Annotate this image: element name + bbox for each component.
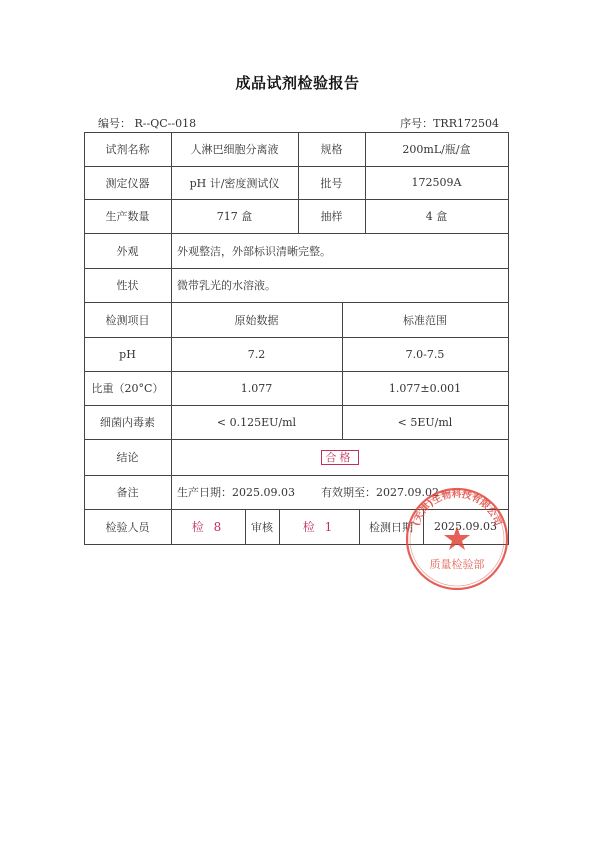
test-date-value: 2025.09.03 <box>423 509 508 544</box>
expiry-date: 有效期至：2027.09.02 <box>321 484 439 500</box>
reagent-name-value: 人淋巴细胞分离液 <box>171 132 298 166</box>
standard-range-header: 标准范围 <box>342 302 508 337</box>
quantity-value: 717 盒 <box>171 199 298 233</box>
test-standard-density: 1.077±0.001 <box>342 371 508 405</box>
quantity-label: 生产数量 <box>84 199 171 233</box>
serial-number-value: TRR172504 <box>433 117 499 130</box>
document-code-value: R--QC--018 <box>135 117 197 130</box>
table-border-right <box>508 132 509 545</box>
production-date: 生产日期：2025.09.03 <box>177 484 295 500</box>
property-value: 微带乳光的水溶液。 <box>171 268 508 302</box>
test-date-label: 检测日期 <box>359 509 423 544</box>
page-title: 成品试剂检验报告 <box>0 72 595 93</box>
appearance-value: 外观整洁，外部标识清晰完整。 <box>171 233 508 268</box>
spec-label: 规格 <box>298 132 365 166</box>
test-standard-endotoxin: < 5EU/ml <box>342 405 508 439</box>
spec-value: 200mL/瓶/盒 <box>365 132 508 166</box>
reviewer-signature: 检 1 <box>303 518 335 535</box>
test-raw-ph: 7.2 <box>171 337 342 371</box>
sample-value: 4 盒 <box>365 199 508 233</box>
table-border-bottom <box>84 544 509 545</box>
appearance-label: 外观 <box>84 233 171 268</box>
test-item-header: 检测项目 <box>84 302 171 337</box>
test-item-density: 比重（20°C） <box>84 371 171 405</box>
inspector-signature: 检 8 <box>192 518 224 535</box>
pass-stamp: 合格 <box>321 450 359 465</box>
batch-label: 批号 <box>298 166 365 199</box>
test-raw-endotoxin: < 0.125EU/ml <box>171 405 342 439</box>
reagent-name-label: 试剂名称 <box>84 132 171 166</box>
remarks-value: 生产日期：2025.09.03 有效期至：2027.09.02 <box>171 475 508 509</box>
serial-number-label: 序号： <box>400 117 433 130</box>
sample-label: 抽样 <box>298 199 365 233</box>
test-item-ph: pH <box>84 337 171 371</box>
conclusion-label: 结论 <box>84 439 171 475</box>
conclusion-cell: 合格 <box>171 439 508 475</box>
svg-text:质量检验部: 质量检验部 <box>430 557 485 571</box>
reviewer-signature-cell: 检 1 <box>279 509 359 544</box>
test-item-endotoxin: 细菌内毒素 <box>84 405 171 439</box>
document-code-label: 编号： <box>98 117 131 130</box>
test-raw-density: 1.077 <box>171 371 342 405</box>
reviewer-label: 审核 <box>245 509 279 544</box>
document-code: 编号： R--QC--018 <box>98 115 196 131</box>
batch-value: 172509A <box>365 166 508 199</box>
inspector-signature-cell: 检 8 <box>171 509 245 544</box>
instrument-label: 测定仪器 <box>84 166 171 199</box>
property-label: 性状 <box>84 268 171 302</box>
instrument-value: pH 计/密度测试仪 <box>171 166 298 199</box>
inspector-label: 检验人员 <box>84 509 171 544</box>
serial-number: 序号：TRR172504 <box>400 115 499 131</box>
remarks-label: 备注 <box>84 475 171 509</box>
raw-data-header: 原始数据 <box>171 302 342 337</box>
test-standard-ph: 7.0-7.5 <box>342 337 508 371</box>
